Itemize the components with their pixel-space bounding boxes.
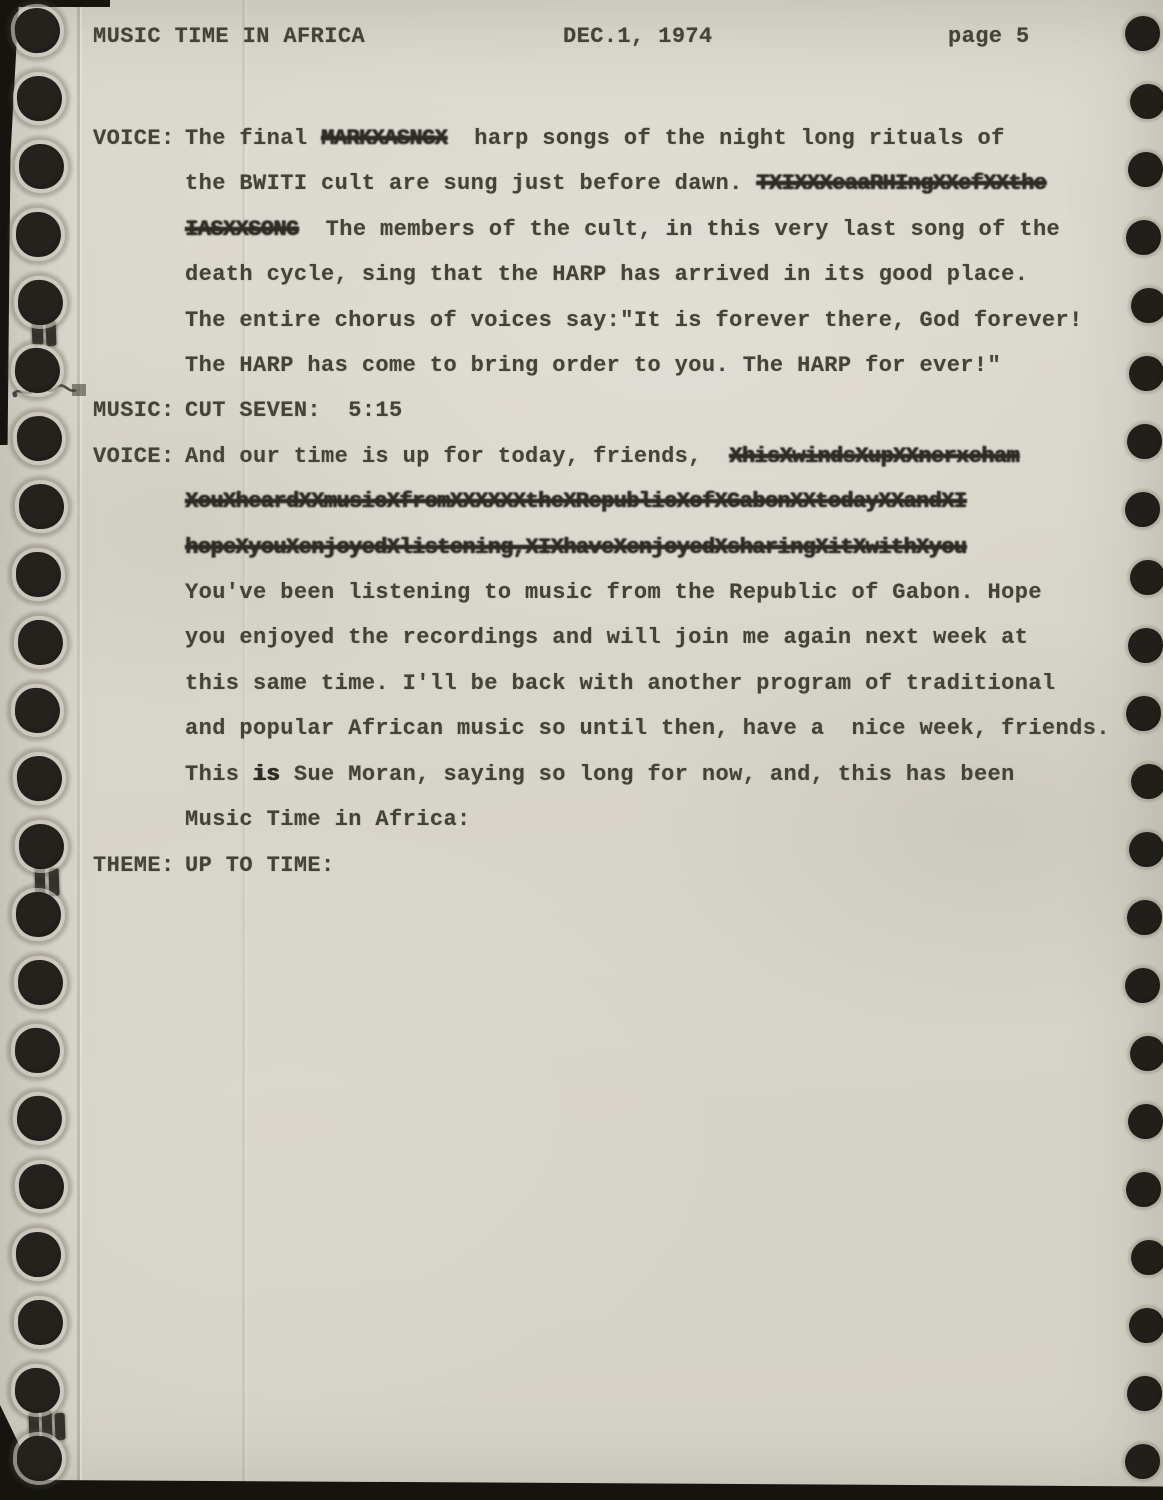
cue-label: MUSIC: bbox=[93, 388, 175, 433]
punch-hole-right bbox=[1129, 1308, 1163, 1343]
script-text-segment: UP TO TIME: bbox=[185, 853, 335, 878]
punch-hole-right bbox=[1126, 220, 1161, 255]
script-block: VOICE:The final MARKXASNGX harp songs of… bbox=[93, 116, 1138, 388]
vertical-crease bbox=[77, 0, 80, 1500]
punch-hole-right bbox=[1125, 16, 1160, 51]
punch-hole-right bbox=[1126, 696, 1161, 731]
script-text-segment: you enjoyed the recordings and will join… bbox=[185, 625, 1028, 650]
punch-hole-right bbox=[1125, 968, 1160, 1003]
header-page-number: page 5 bbox=[948, 24, 1030, 49]
punch-hole-right bbox=[1127, 900, 1162, 935]
paper-page: MUSIC TIME IN AFRICA DEC.1, 1974 page 5 … bbox=[0, 0, 1163, 1500]
script-line: the BWITI cult are sung just before dawn… bbox=[185, 161, 1138, 206]
scanned-document: { "colors": { "paper": "#d8d5cb", "ink":… bbox=[0, 0, 1163, 1500]
punch-hole-right bbox=[1131, 764, 1163, 799]
script-line: The HARP has come to bring order to you.… bbox=[185, 343, 1138, 388]
cue-label: VOICE: bbox=[93, 434, 175, 479]
scan-edge-bottom bbox=[0, 1474, 1163, 1500]
punch-hole-left bbox=[17, 279, 64, 326]
script-block: MUSIC:CUT SEVEN: 5:15 bbox=[93, 388, 1138, 433]
punch-hole-right bbox=[1129, 356, 1163, 391]
script-text-segment: this same time. I'll be back with anothe… bbox=[185, 671, 1056, 696]
punch-hole-left bbox=[15, 1434, 63, 1482]
script-text-segment: The HARP has come to bring order to you.… bbox=[185, 353, 1001, 378]
script-line: death cycle, sing that the HARP has arri… bbox=[185, 252, 1138, 297]
page-header: MUSIC TIME IN AFRICA DEC.1, 1974 page 5 bbox=[0, 24, 1163, 64]
scan-edge-top bbox=[0, 0, 110, 7]
script-area: VOICE:The final MARKXASNGX harp songs of… bbox=[93, 116, 1138, 888]
script-line: CUT SEVEN: 5:15 bbox=[185, 388, 1138, 433]
script-block: THEME:UP TO TIME: bbox=[93, 843, 1138, 888]
script-line: UP TO TIME: bbox=[185, 843, 1138, 888]
punch-hole-right bbox=[1127, 1376, 1162, 1411]
script-text-segment: death cycle, sing that the HARP has arri… bbox=[185, 262, 1028, 287]
punch-hole-left bbox=[13, 686, 61, 734]
script-text-segment: CUT SEVEN: 5:15 bbox=[185, 398, 403, 423]
script-text-segment: You've been listening to music from the … bbox=[185, 580, 1042, 605]
script-line: The final MARKXASNGX harp songs of the n… bbox=[185, 116, 1138, 161]
punch-hole-right bbox=[1128, 628, 1163, 663]
punch-hole-left bbox=[16, 75, 63, 122]
punch-hole-right bbox=[1129, 832, 1163, 867]
script-text-segment: harp songs of the night long rituals of bbox=[447, 126, 1005, 151]
script-text-segment: The final bbox=[185, 126, 321, 151]
script-line: and popular African music so until then,… bbox=[185, 706, 1138, 751]
script-text-segment: Sue Moran, saying so long for now, and, … bbox=[280, 762, 1015, 787]
punch-hole-right bbox=[1125, 492, 1160, 527]
script-text-segment: and popular African music so until then,… bbox=[185, 716, 1110, 741]
punch-hole-left bbox=[18, 960, 64, 1006]
script-text-segment: Music Time in Africa: bbox=[185, 807, 471, 832]
script-text-segment: And our time is up for today, friends, bbox=[185, 444, 729, 469]
punch-hole-right bbox=[1130, 560, 1163, 595]
script-line: IASXXSONG The members of the cult, in th… bbox=[185, 207, 1138, 252]
punch-hole-left bbox=[14, 1367, 61, 1414]
punch-hole-right bbox=[1128, 152, 1163, 187]
punch-hole-right bbox=[1128, 1104, 1163, 1139]
script-line: You've been listening to music from the … bbox=[185, 570, 1138, 615]
struck-text-segment: XhisXwindsXupXXnerxeham bbox=[729, 444, 1019, 469]
punch-hole-left bbox=[16, 892, 62, 938]
punch-hole-left bbox=[17, 1162, 65, 1210]
punch-hole-right bbox=[1131, 288, 1163, 323]
page-title: MUSIC TIME IN AFRICA bbox=[93, 24, 365, 49]
punch-hole-right bbox=[1125, 1444, 1160, 1479]
punch-hole-right bbox=[1130, 84, 1163, 119]
header-date: DEC.1, 1974 bbox=[563, 24, 713, 49]
ink-smudge bbox=[49, 868, 60, 896]
punch-hole-left bbox=[15, 754, 64, 803]
punch-hole-right bbox=[1127, 424, 1162, 459]
punch-hole-right bbox=[1130, 1036, 1163, 1071]
punch-hole-left bbox=[18, 823, 65, 870]
script-text-segment: The entire chorus of voices say:"It is f… bbox=[185, 308, 1083, 333]
punch-hole-left bbox=[18, 483, 65, 530]
struck-text-segment: IASXXSONG bbox=[185, 217, 298, 242]
script-line: And our time is up for today, friends, X… bbox=[185, 434, 1138, 479]
punch-hole-left bbox=[17, 619, 64, 666]
punch-hole-left bbox=[15, 1094, 64, 1143]
ink-smudge bbox=[55, 1413, 66, 1440]
script-line: XouXheardXXmusicXfromXXXXXXtheXRepublicX… bbox=[185, 479, 1138, 524]
script-line: you enjoyed the recordings and will join… bbox=[185, 615, 1138, 660]
script-text-segment: The members of the cult, in this very la… bbox=[298, 217, 1060, 242]
script-text-segment: is bbox=[253, 762, 280, 787]
script-line: Music Time in Africa: bbox=[185, 797, 1138, 842]
cue-label: THEME: bbox=[93, 843, 175, 888]
punch-hole-left bbox=[16, 552, 61, 597]
script-line: hopeXyouXenjoyedXlistening,XIXhaveXenjoy… bbox=[185, 525, 1138, 570]
punch-hole-left bbox=[19, 144, 65, 190]
script-line: this same time. I'll be back with anothe… bbox=[185, 661, 1138, 706]
script-line: This is Sue Moran, saying so long for no… bbox=[185, 752, 1138, 797]
punch-hole-right bbox=[1126, 1172, 1161, 1207]
struck-text-segment: hopeXyouXenjoyedXlistening,XIXhaveXenjoy… bbox=[185, 535, 966, 560]
ink-smudge bbox=[34, 866, 45, 895]
script-block: VOICE:And our time is up for today, frie… bbox=[93, 434, 1138, 843]
script-text-segment: This bbox=[185, 762, 253, 787]
punch-hole-left bbox=[15, 414, 63, 462]
punch-hole-left bbox=[18, 1300, 63, 1345]
struck-text-segment: TXIXXXeaaRHIngXXefXXthe bbox=[756, 171, 1046, 196]
script-text-segment: the BWITI cult are sung just before dawn… bbox=[185, 171, 756, 196]
struck-text-segment: XouXheardXXmusicXfromXXXXXXtheXRepublicX… bbox=[185, 489, 966, 514]
punch-hole-left bbox=[15, 1231, 62, 1278]
script-line: The entire chorus of voices say:"It is f… bbox=[185, 298, 1138, 343]
punch-hole-left bbox=[16, 212, 62, 258]
punch-hole-left bbox=[14, 1027, 61, 1074]
struck-text-segment: MARKXASNGX bbox=[321, 126, 447, 151]
cue-label: VOICE: bbox=[93, 116, 175, 161]
punch-hole-right bbox=[1131, 1240, 1163, 1275]
